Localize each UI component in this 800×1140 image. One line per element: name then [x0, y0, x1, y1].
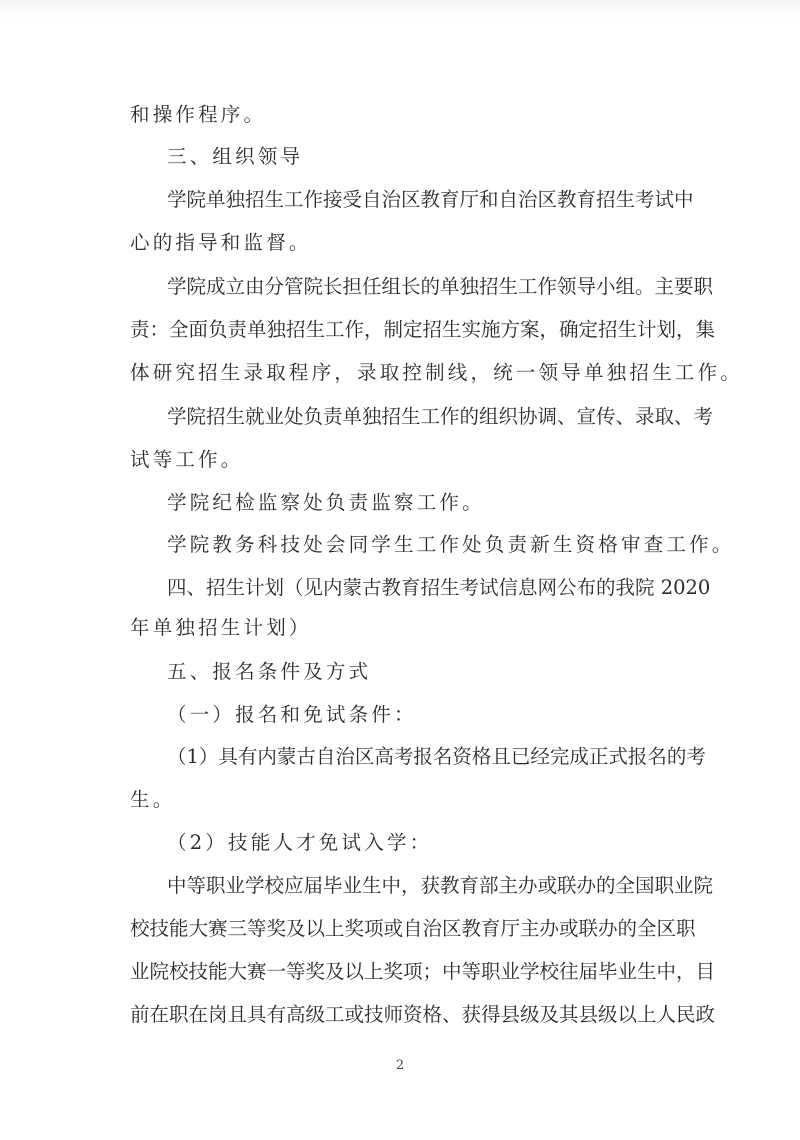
subsection-heading: （一）报名和免试条件：	[167, 700, 692, 730]
body-line: 体研究招生录取程序，录取控制线，统一领导单独招生工作。	[130, 358, 692, 388]
section-heading-registration: 五、报名条件及方式	[167, 657, 692, 687]
body-line: 中等职业学校应届毕业生中，获教育部主办或联办的全国职业院	[167, 871, 692, 901]
document-page: 和操作程序。 三、组织领导 学院单独招生工作接受自治区教育厅和自治区教育招生考试…	[0, 0, 800, 1140]
body-line: 学院教务科技处会同学生工作处负责新生资格审查工作。	[167, 530, 692, 560]
body-line: 责：全面负责单独招生工作，制定招生实施方案，确定招生计划，集	[130, 315, 692, 345]
page-number: 2	[390, 1058, 410, 1073]
body-line: 校技能大赛三等奖及以上奖项或自治区教育厅主办或联办的全区职	[130, 914, 692, 944]
body-line: 心的指导和监督。	[130, 228, 692, 258]
body-line: 前在职在岗且具有高级工或技师资格、获得县级及其县级以上人民政	[130, 1000, 692, 1030]
list-item-2: （2）技能人才免试入学：	[167, 828, 692, 858]
body-line: 学院纪检监察处负责监察工作。	[167, 488, 692, 518]
body-line: 学院单独招生工作接受自治区教育厅和自治区教育招生考试中	[167, 185, 692, 215]
section-heading-organization: 三、组织领导	[167, 142, 692, 172]
body-line: 学院成立由分管院长担任组长的单独招生工作领导小组。主要职	[167, 272, 692, 302]
list-item-1: （1）具有内蒙古自治区高考报名资格且已经完成正式报名的考	[167, 742, 692, 772]
body-line: 生。	[130, 785, 692, 815]
body-line: 业院校技能大赛一等奖及以上奖项；中等职业学校往届毕业生中，目	[130, 957, 692, 987]
body-line: 学院招生就业处负责单独招生工作的组织协调、宣传、录取、考	[167, 402, 692, 432]
body-line: 年单独招生计划）	[130, 613, 692, 643]
section-heading-enrollment-plan: 四、招生计划（见内蒙古教育招生考试信息网公布的我院 2020	[167, 573, 692, 603]
body-line-continuation: 和操作程序。	[130, 100, 692, 130]
body-line: 试等工作。	[130, 445, 692, 475]
